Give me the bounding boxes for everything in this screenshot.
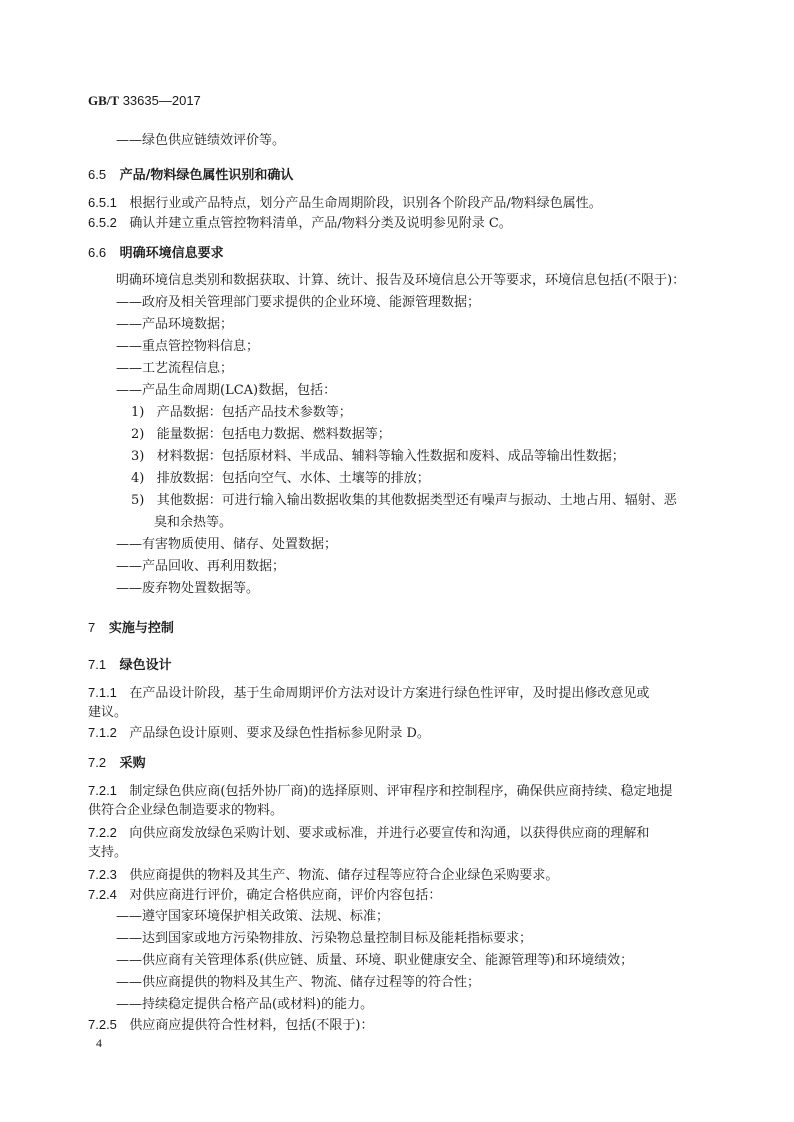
list-item: ——产品回收、再利用数据； (116, 557, 285, 577)
section-number: 7.2 (88, 755, 106, 770)
clause-text: 根据行业或产品特点，划分产品生命周期阶段，识别各个阶段产品/物料绿色属性。 (129, 196, 601, 211)
section-title: 绿色设计 (120, 658, 172, 673)
clause-text: 向供应商发放绿色采购计划、要求或标准，并进行必要宣传和沟通，以获得供应商的理解和 (129, 826, 649, 841)
item-number: 2) (131, 427, 144, 442)
item-number: 1) (131, 405, 144, 420)
item-number: 3) (131, 449, 144, 464)
chapter-heading-7: 7 实施与控制 (88, 617, 174, 636)
numbered-item: 1) 产品数据：包括产品技术参数等； (131, 403, 352, 423)
section-title: 采购 (120, 756, 146, 771)
clause-7-2-4: 7.2.4 对供应商进行评价，确定合格供应商，评价内容包括： (88, 885, 441, 906)
clause-number: 6.5.1 (88, 195, 117, 210)
clause-6-5-2: 6.5.2 确认并建立重点管控物料清单，产品/物料分类及说明参见附录 C。 (88, 213, 512, 234)
chapter-number: 7 (88, 620, 95, 635)
clause-7-1-2: 7.1.2 产品绿色设计原则、要求及绿色性指标参见附录 D。 (88, 723, 430, 744)
numbered-item: 3) 材料数据：包括原材料、半成品、辅料等输入性数据和废料、成品等输出性数据； (131, 447, 625, 467)
section-number: 6.6 (88, 245, 106, 260)
item-text: 排放数据：包括向空气、水体、土壤等的排放； (157, 471, 430, 486)
numbered-item-continuation: 臭和余热等。 (154, 513, 232, 533)
clause-number: 7.2.4 (88, 887, 117, 902)
clause-text: 产品绿色设计原则、要求及绿色性指标参见附录 D。 (129, 726, 430, 741)
section-title: 产品/物料绿色属性识别和确认 (120, 168, 294, 183)
section-heading-7-2: 7.2 采购 (88, 752, 146, 771)
list-item: ——废弃物处置数据等。 (116, 579, 259, 599)
clause-continuation: 建议。 (88, 703, 127, 723)
section-heading-6-5: 6.5 产品/物料绿色属性识别和确认 (88, 164, 293, 183)
list-item: ——重点管控物料信息； (116, 337, 259, 357)
list-item: ——产品生命周期(LCA)数据，包括： (116, 381, 336, 401)
clause-text: 供应商提供的物料及其生产、物流、储存过程等应符合企业绿色采购要求。 (129, 868, 558, 883)
paragraph-intro: 明确环境信息类别和数据获取、计算、统计、报告及环境信息公开等要求，环境信息包括(… (116, 271, 685, 291)
item-number: 5) (131, 493, 144, 508)
list-item: ——政府及相关管理部门要求提供的企业环境、能源管理数据； (116, 293, 480, 313)
section-number: 7.1 (88, 657, 106, 672)
standard-number: 33635—2017 (123, 93, 201, 108)
list-item: ——产品环境数据； (116, 315, 233, 335)
document-header: GB/T 33635—2017 (88, 93, 201, 109)
clause-text: 对供应商进行评价，确定合格供应商，评价内容包括： (129, 888, 441, 903)
clause-text: 在产品设计阶段，基于生命周期评价方法对设计方案进行绿色性评审，及时提出修改意见或 (129, 686, 649, 701)
numbered-item: 5) 其他数据：可进行输入输出数据收集的其他数据类型还有噪声与振动、土地占用、辐… (131, 491, 677, 511)
clause-continuation: 供符合企业绿色制造要求的物料。 (88, 801, 283, 821)
chapter-title: 实施与控制 (109, 621, 174, 636)
section-number: 6.5 (88, 167, 106, 182)
clause-7-2-3: 7.2.3 供应商提供的物料及其生产、物流、储存过程等应符合企业绿色采购要求。 (88, 865, 558, 886)
clause-7-2-1: 7.2.1 制定绿色供应商(包括外协厂商)的选择原则、评审程序和控制程序，确保供… (88, 781, 672, 802)
clause-number: 7.1.1 (88, 685, 117, 700)
item-text: 材料数据：包括原材料、半成品、辅料等输入性数据和废料、成品等输出性数据； (157, 449, 625, 464)
numbered-item: 2) 能量数据：包括电力数据、燃料数据等； (131, 425, 391, 445)
clause-number: 7.2.1 (88, 783, 117, 798)
clause-number: 7.2.5 (88, 1017, 117, 1032)
numbered-item: 4) 排放数据：包括向空气、水体、土壤等的排放； (131, 469, 430, 489)
item-number: 4) (131, 471, 144, 486)
clause-text: 制定绿色供应商(包括外协厂商)的选择原则、评审程序和控制程序，确保供应商持续、稳… (129, 784, 672, 799)
section-title: 明确环境信息要求 (120, 246, 224, 261)
item-text: 能量数据：包括电力数据、燃料数据等； (157, 427, 391, 442)
clause-7-1-1: 7.1.1 在产品设计阶段，基于生命周期评价方法对设计方案进行绿色性评审，及时提… (88, 683, 649, 704)
section-heading-6-6: 6.6 明确环境信息要求 (88, 242, 224, 261)
clause-continuation: 支持。 (88, 843, 127, 863)
list-item: ——绿色供应链绩效评价等。 (116, 131, 285, 151)
clause-number: 7.1.2 (88, 725, 117, 740)
list-item: ——持续稳定提供合格产品(或材料)的能力。 (116, 995, 373, 1015)
list-item: ——遵守国家环境保护相关政策、法规、标准； (116, 907, 389, 927)
list-item: ——工艺流程信息； (116, 359, 233, 379)
clause-number: 7.2.3 (88, 867, 117, 882)
page-number: 4 (96, 1036, 102, 1051)
clause-number: 6.5.2 (88, 215, 117, 230)
item-text: 其他数据：可进行输入输出数据收集的其他数据类型还有噪声与振动、土地占用、辐射、恶 (157, 493, 677, 508)
clause-7-2-5: 7.2.5 供应商应提供符合性材料，包括(不限于)： (88, 1015, 373, 1036)
clause-text: 供应商应提供符合性材料，包括(不限于)： (129, 1018, 373, 1033)
list-item: ——供应商提供的物料及其生产、物流、储存过程等的符合性； (116, 973, 480, 993)
list-item: ——达到国家或地方污染物排放、污染物总量控制目标及能耗指标要求； (116, 929, 532, 949)
section-heading-7-1: 7.1 绿色设计 (88, 654, 172, 673)
standard-prefix: GB/T (88, 93, 119, 108)
clause-6-5-1: 6.5.1 根据行业或产品特点，划分产品生命周期阶段，识别各个阶段产品/物料绿色… (88, 193, 602, 214)
clause-7-2-2: 7.2.2 向供应商发放绿色采购计划、要求或标准，并进行必要宣传和沟通，以获得供… (88, 823, 649, 844)
item-text: 产品数据：包括产品技术参数等； (157, 405, 352, 420)
list-item: ——有害物质使用、储存、处置数据； (116, 535, 337, 555)
clause-number: 7.2.2 (88, 825, 117, 840)
list-item: ——供应商有关管理体系(供应链、质量、环境、职业健康安全、能源管理等)和环境绩效… (116, 951, 633, 971)
clause-text: 确认并建立重点管控物料清单，产品/物料分类及说明参见附录 C。 (129, 216, 511, 231)
